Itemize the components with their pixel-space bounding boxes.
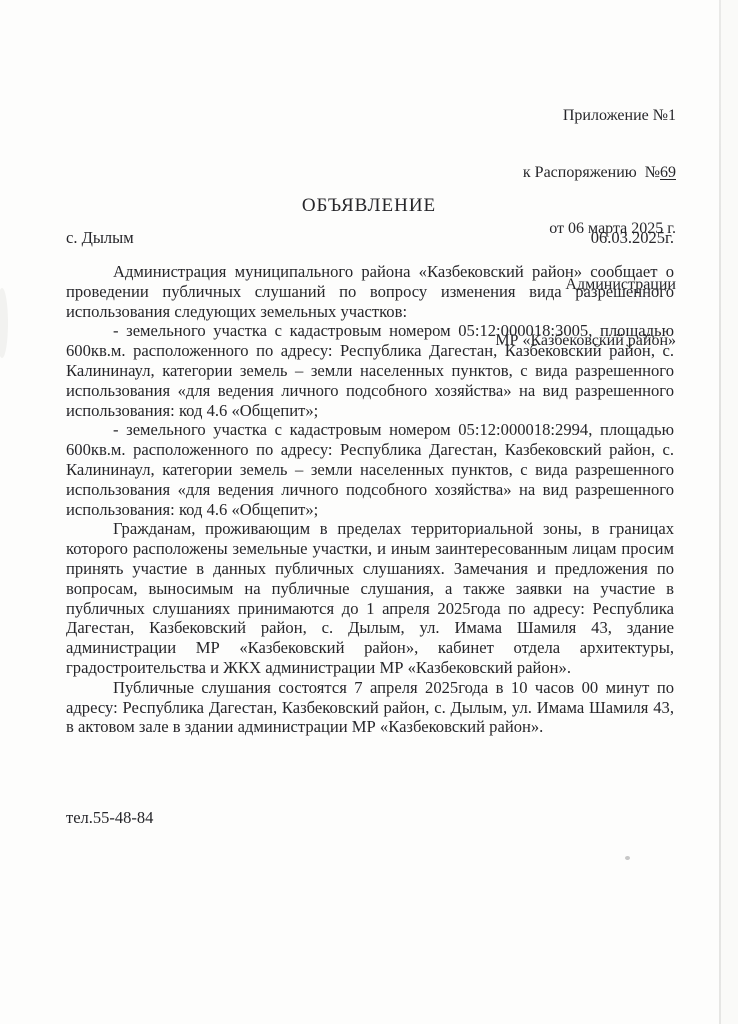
appendix-number-line: Приложение №1 [495, 107, 676, 126]
paragraph-intro: Администрация муниципального района «Каз… [66, 262, 674, 321]
scan-speck [625, 856, 630, 860]
paragraph-participation: Гражданам, проживающим в пределах террит… [66, 519, 674, 677]
scan-smudge [0, 288, 8, 358]
scan-edge-band [721, 0, 738, 1024]
order-line-prefix: к Распоряжению № [523, 164, 660, 181]
paragraph-hearing-schedule: Публичные слушания состоятся 7 апреля 20… [66, 678, 674, 737]
order-number-line: к Распоряжению №69 [495, 164, 676, 183]
date-label: 06.03.2025г. [591, 228, 674, 248]
paragraph-parcel-2994: - земельного участка с кадастровым номер… [66, 420, 674, 519]
document-title: ОБЪЯВЛЕНИЕ [0, 195, 738, 217]
scan-edge-line [719, 0, 721, 1024]
phone-number: тел.55-48-84 [66, 808, 153, 828]
document-body: Администрация муниципального района «Каз… [66, 262, 674, 737]
document-page: Приложение №1 к Распоряжению №69 от 06 м… [0, 0, 738, 1024]
paragraph-parcel-3005: - земельного участка с кадастровым номер… [66, 321, 674, 420]
place-label: с. Дылым [66, 228, 134, 248]
dateline: с. Дылым 06.03.2025г. [66, 228, 674, 248]
order-number-underlined: 69 [660, 164, 676, 181]
